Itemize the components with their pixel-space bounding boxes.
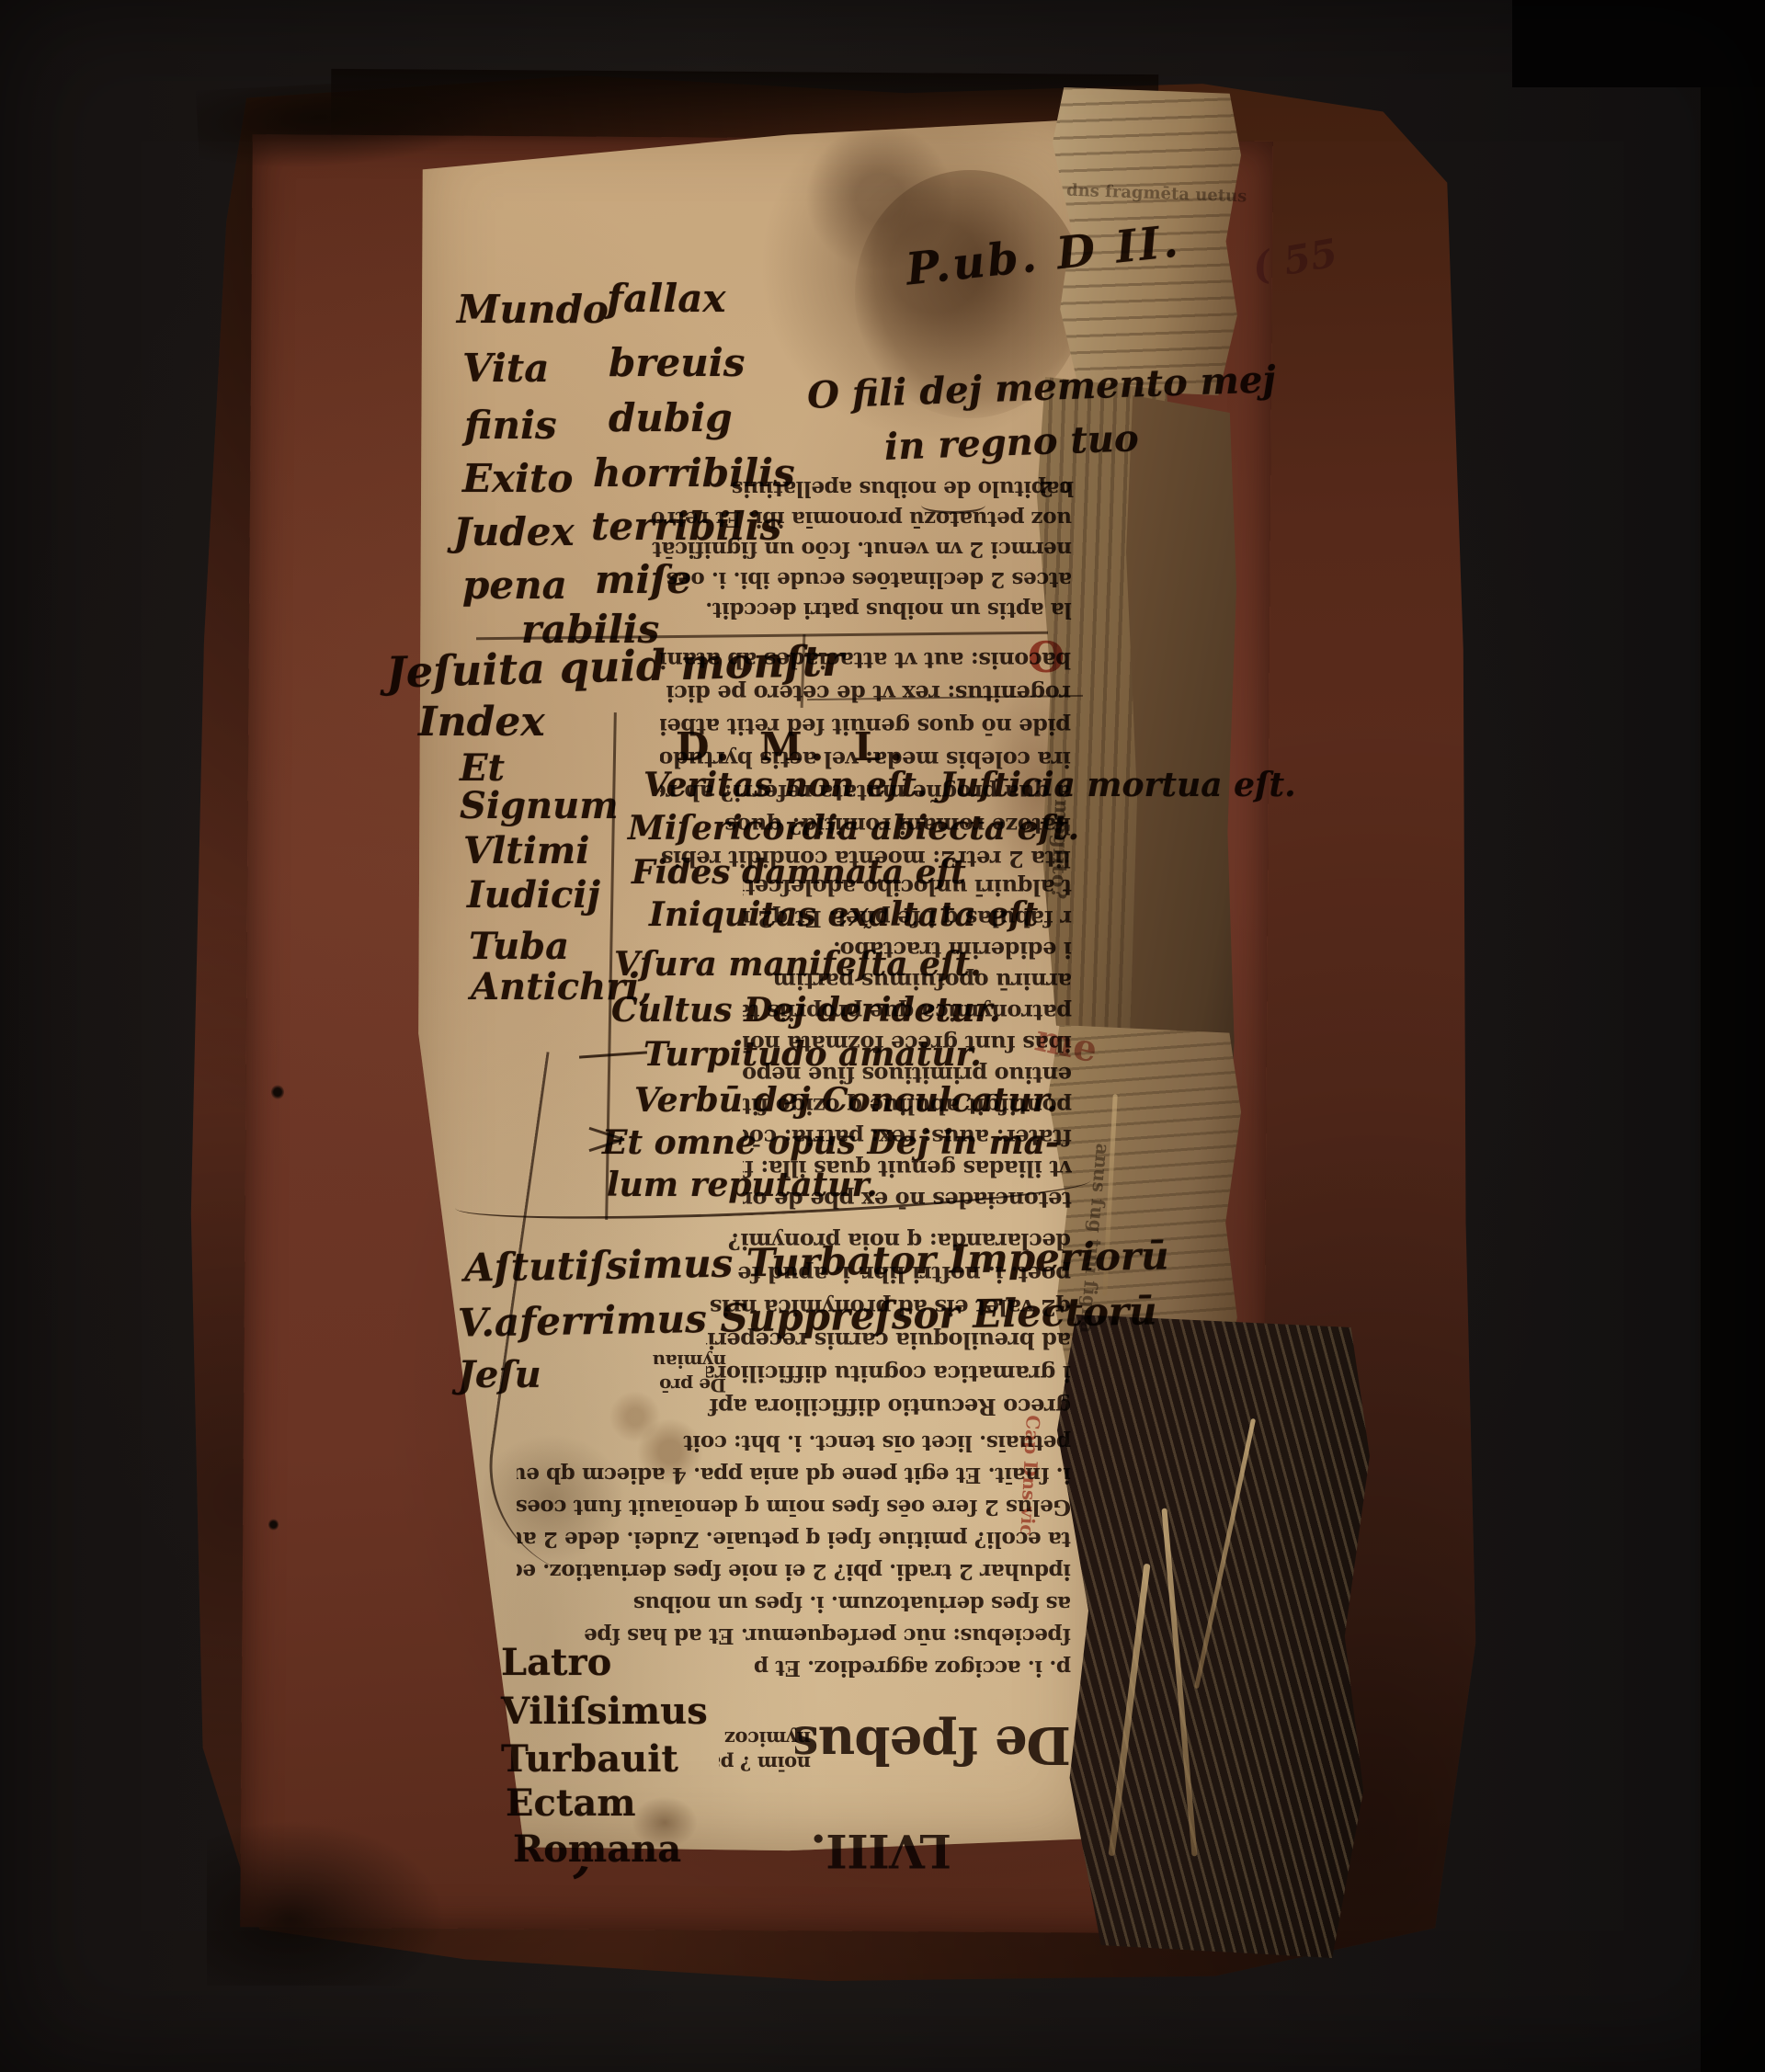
bottom-word: Viliſsimus (501, 1690, 708, 1733)
margin-word: Signum (460, 784, 619, 827)
margin-word: Et (460, 746, 505, 790)
worn-corner-bottom-left (207, 1820, 446, 1986)
printed-chapter-heading: De ſpebus (795, 1708, 1071, 1782)
margin-word: Iudicij (467, 873, 600, 916)
statement: Veritas non eſt. Juſticia mortua eſt. (643, 766, 1296, 804)
statement: Iniquitas exaltata eſt (649, 895, 1038, 934)
statement: Miſericordia abiecta eſt. (628, 809, 1079, 848)
margin-word: Index (418, 699, 545, 746)
pair-word-right: horribilis (593, 450, 795, 495)
pair-word-left: Judex (453, 509, 575, 554)
pair-word-left: Exito (462, 456, 573, 501)
statement: Vſura manifeſta eſt. (614, 945, 982, 984)
epithet-line: Jeſu (458, 1353, 541, 1396)
flourish-under-regno (921, 496, 985, 514)
pair-word-right: terribilis (591, 504, 781, 549)
photograph-of-book-pastedown: dns fragmēta uetus mōgſito? anus ſug tuū… (0, 0, 1765, 2072)
wormhole (268, 1519, 279, 1531)
printed-text-block-a: la aptis un noibus patri deccdit.atces 2… (632, 473, 1072, 625)
printed-line: as ſpes deriuatozum. i. ſpes un noibus (517, 1588, 1071, 1620)
printed-signature-mark: b 2 (1009, 476, 1074, 500)
margin-word: Tuba (469, 925, 569, 968)
frayed-spine-zone (1057, 1315, 1370, 1958)
backdrop-black-band-top-right (1512, 0, 1765, 87)
pair-word-right: dubig (609, 395, 733, 440)
printed-line: LVIII. (777, 1822, 951, 1879)
printed-chapter-number: LVIII. (777, 1822, 951, 1879)
bottom-word: Ectam (506, 1782, 636, 1825)
bottom-word: Romana (513, 1827, 681, 1871)
printed-line: atces 2 declinatōes ecude ibi. i. oes (632, 564, 1072, 595)
printed-line: greco Recuntio difficiliora apf (706, 1390, 1071, 1423)
statement: Turpitudo amatur. (643, 1035, 982, 1074)
pair-word-left: finis (464, 403, 557, 448)
statement: lum reputatur. (607, 1166, 878, 1204)
pair-word-right: fallax (607, 276, 725, 321)
printed-line: De ſpebus (795, 1708, 1071, 1782)
pair-word-left: Mundo (457, 287, 609, 332)
printed-line: ta ecoli? pmitiue ſpei q petuaīe. Zudei.… (517, 1523, 1071, 1555)
statement: Et omne opus Dej in ma- (602, 1123, 1059, 1162)
printed-line: ipduhar 2 tradi. pbi? 2 ei noie ſpes der… (517, 1555, 1071, 1588)
backdrop-black-band-right (1701, 0, 1765, 2072)
printed-line: b 2 (1009, 476, 1074, 500)
wormhole (271, 1085, 284, 1099)
motto-line-2: in regno tuo (883, 416, 1139, 469)
statement: Cultus Dej deridetur. (611, 991, 1001, 1030)
pair-word-right: breuis (609, 340, 745, 385)
bottom-word: Turbauit (501, 1737, 678, 1781)
pair-word-left: pena (462, 563, 567, 608)
printed-line: Gelus 2 ſere oēs ſpes noīm q denoīauit ſ… (517, 1491, 1071, 1523)
dml-heading: D. M. L. (676, 724, 911, 769)
margin-word: Vltimi (463, 829, 589, 872)
bottom-word: Latro (501, 1641, 611, 1684)
printed-line: la aptis un noibus patri deccdit. (632, 595, 1072, 625)
pair-word-right: miſe (595, 557, 691, 602)
statement: Fides damnata eſt (632, 853, 966, 892)
statement: Verbū dej Conculcatur. (634, 1081, 1058, 1120)
printed-line: De prō (598, 1373, 726, 1397)
printed-line: i gramatica cognitu difficiliora (706, 1357, 1071, 1390)
worn-corner-top-left (196, 74, 503, 173)
pair-word-left: Vita (462, 346, 549, 391)
